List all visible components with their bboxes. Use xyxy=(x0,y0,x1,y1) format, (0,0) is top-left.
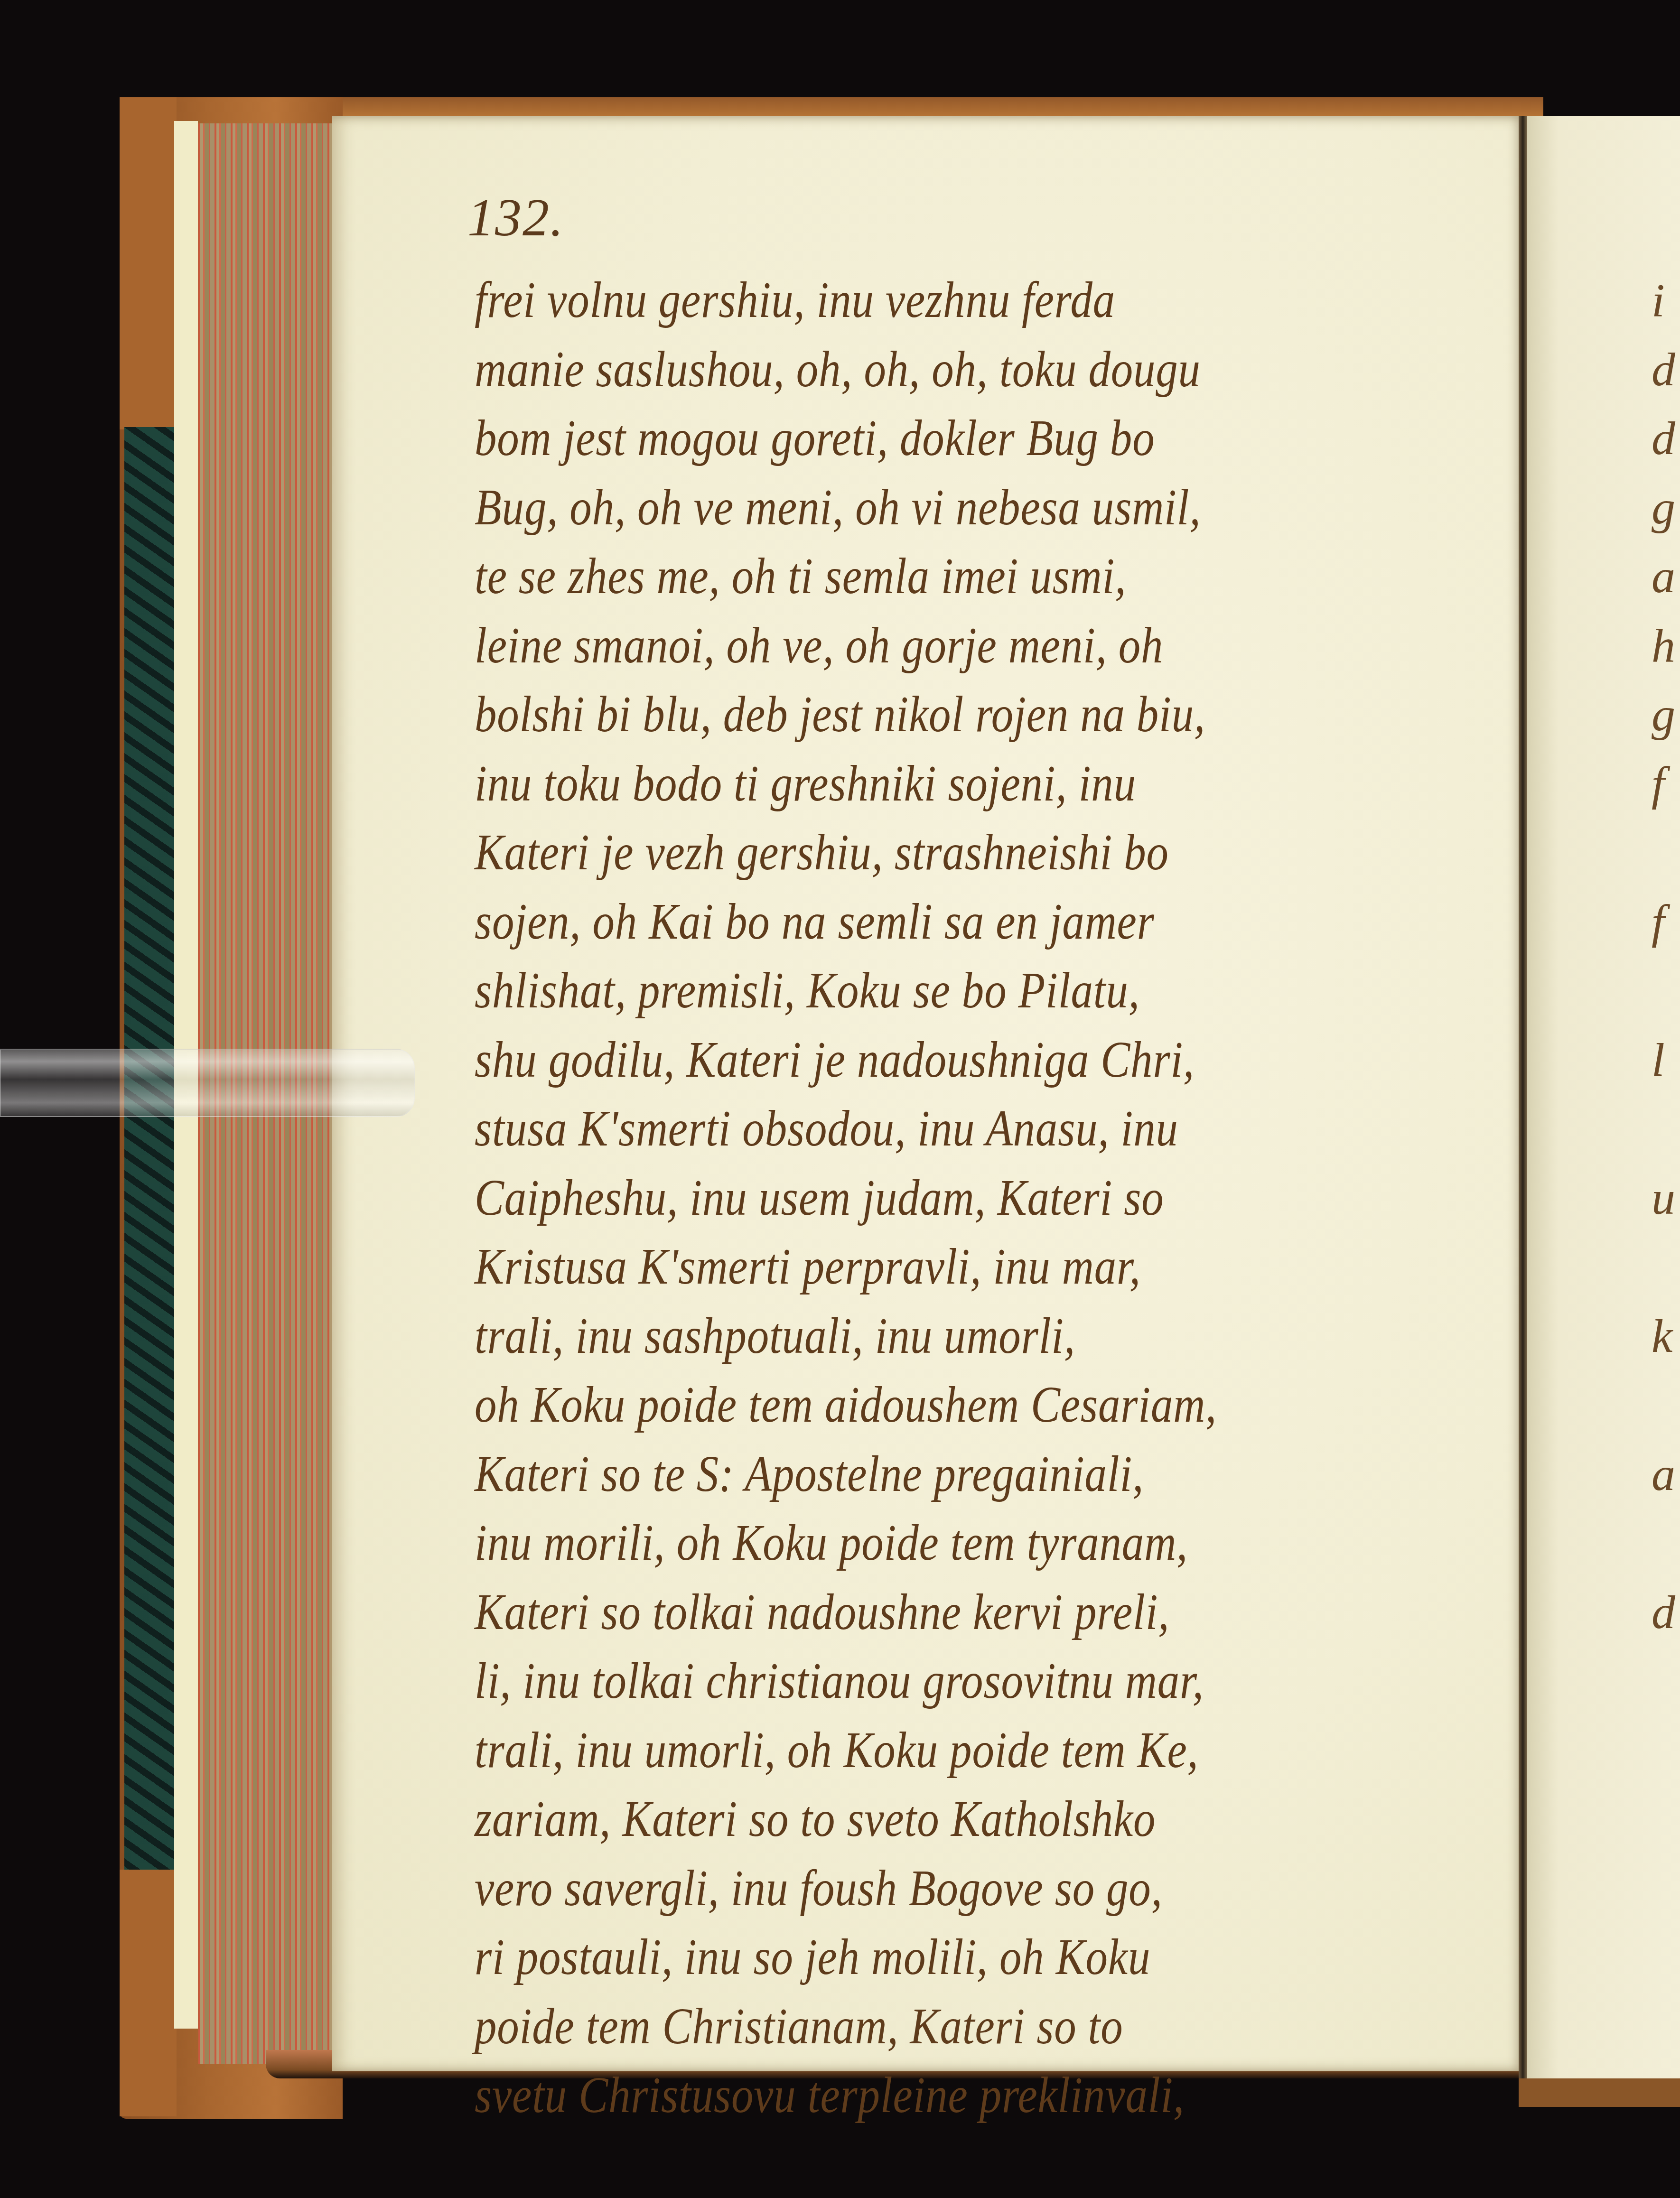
right-page-fragment: f xyxy=(1652,887,1680,957)
marbled-paper-panel xyxy=(124,427,177,1879)
leather-corner-top xyxy=(120,97,177,429)
right-page-fragment xyxy=(1652,1509,1680,1578)
handwritten-text-block: frei volnu gershiu, inu vezhnu ferda man… xyxy=(475,266,1519,2130)
right-page-fragment: a xyxy=(1652,542,1680,611)
text-line: shlishat, premisli, Koku se bo Pilatu, xyxy=(475,956,1372,1025)
text-line: Kateri so te S: Apostelne pregainiali, xyxy=(475,1440,1372,1509)
leather-corner-bottom xyxy=(120,1870,177,2116)
text-line: li, inu tolkai christianou grosovitnu ma… xyxy=(475,1647,1372,1716)
right-page-fragment xyxy=(1652,956,1680,1025)
right-page-fragment: h xyxy=(1652,611,1680,680)
text-line: inu toku bodo ti greshniki sojeni, inu xyxy=(475,749,1372,819)
text-line: svetu Christusovu terpleine preklinvali, xyxy=(475,2061,1372,2130)
right-page-fragment xyxy=(1652,1370,1680,1440)
right-page-fragment: i xyxy=(1652,266,1680,335)
text-line: leine smanoi, oh ve, oh gorje meni, oh xyxy=(475,611,1372,680)
right-page-fragment: d xyxy=(1652,404,1680,473)
right-page-fragment: u xyxy=(1652,1164,1680,1233)
text-line: poide tem Christianam, Kateri so to xyxy=(475,1992,1372,2061)
text-line: shu godilu, Kateri je nadoushniga Chri, xyxy=(475,1025,1372,1095)
right-page-fragment: d xyxy=(1652,335,1680,404)
text-line: trali, inu umorli, oh Koku poide tem Ke, xyxy=(475,1716,1372,1785)
text-line: Caipheshu, inu usem judam, Kateri so xyxy=(475,1164,1372,1233)
text-line: oh Koku poide tem aidoushem Cesariam, xyxy=(475,1370,1372,1440)
text-line: trali, inu sashpotuali, inu umorli, xyxy=(475,1302,1372,1371)
text-line: Kristusa K'smerti perpravli, inu mar, xyxy=(475,1232,1372,1302)
text-line: bolshi bi blu, deb jest nikol rojen na b… xyxy=(475,680,1372,749)
text-line: ri postauli, inu so jeh molili, oh Koku xyxy=(475,1923,1372,1992)
text-line: zariam, Kateri so to sveto Katholshko xyxy=(475,1785,1372,1854)
right-page-fragment xyxy=(1652,1094,1680,1164)
right-page-text-fragments: i d d g a h g f f l u k a d xyxy=(1652,266,1680,1647)
right-page-fragment: g xyxy=(1652,680,1680,749)
right-page-fragment: f xyxy=(1652,749,1680,819)
text-line: frei volnu gershiu, inu vezhnu ferda xyxy=(475,266,1372,335)
page-number: 132. xyxy=(467,187,564,249)
right-page-fragment xyxy=(1652,818,1680,887)
right-page-fragment: g xyxy=(1652,473,1680,542)
text-line: stusa K'smerti obsodou, inu Anasu, inu xyxy=(475,1094,1372,1164)
right-page-fragment: k xyxy=(1652,1302,1680,1371)
right-page-fragment: l xyxy=(1652,1025,1680,1095)
text-line: vero savergli, inu foush Bogove so go, xyxy=(475,1854,1372,1923)
text-line: inu morili, oh Koku poide tem tyranam, xyxy=(475,1509,1372,1578)
text-line: Kateri so tolkai nadoushne kervi preli, xyxy=(475,1578,1372,1647)
leather-cover-right-bottom xyxy=(1519,2078,1680,2107)
text-line: Bug, oh, oh ve meni, oh vi nebesa usmil, xyxy=(475,473,1372,542)
text-line: te se zhes me, oh ti semla imei usmi, xyxy=(475,542,1372,611)
text-line: manie saslushou, oh, oh, oh, toku dougu xyxy=(475,335,1372,404)
text-line: Kateri je vezh gershiu, strashneishi bo xyxy=(475,818,1372,887)
text-line: sojen, oh Kai bo na semli sa en jamer xyxy=(475,887,1372,957)
right-page-fragment: a xyxy=(1652,1440,1680,1509)
right-page-fragment: d xyxy=(1652,1578,1680,1647)
right-page-fragment xyxy=(1652,1232,1680,1302)
text-line: bom jest mogou goreti, dokler Bug bo xyxy=(475,404,1372,473)
book-gutter xyxy=(1519,116,1527,2081)
glass-page-weight-rod xyxy=(0,1049,415,1117)
